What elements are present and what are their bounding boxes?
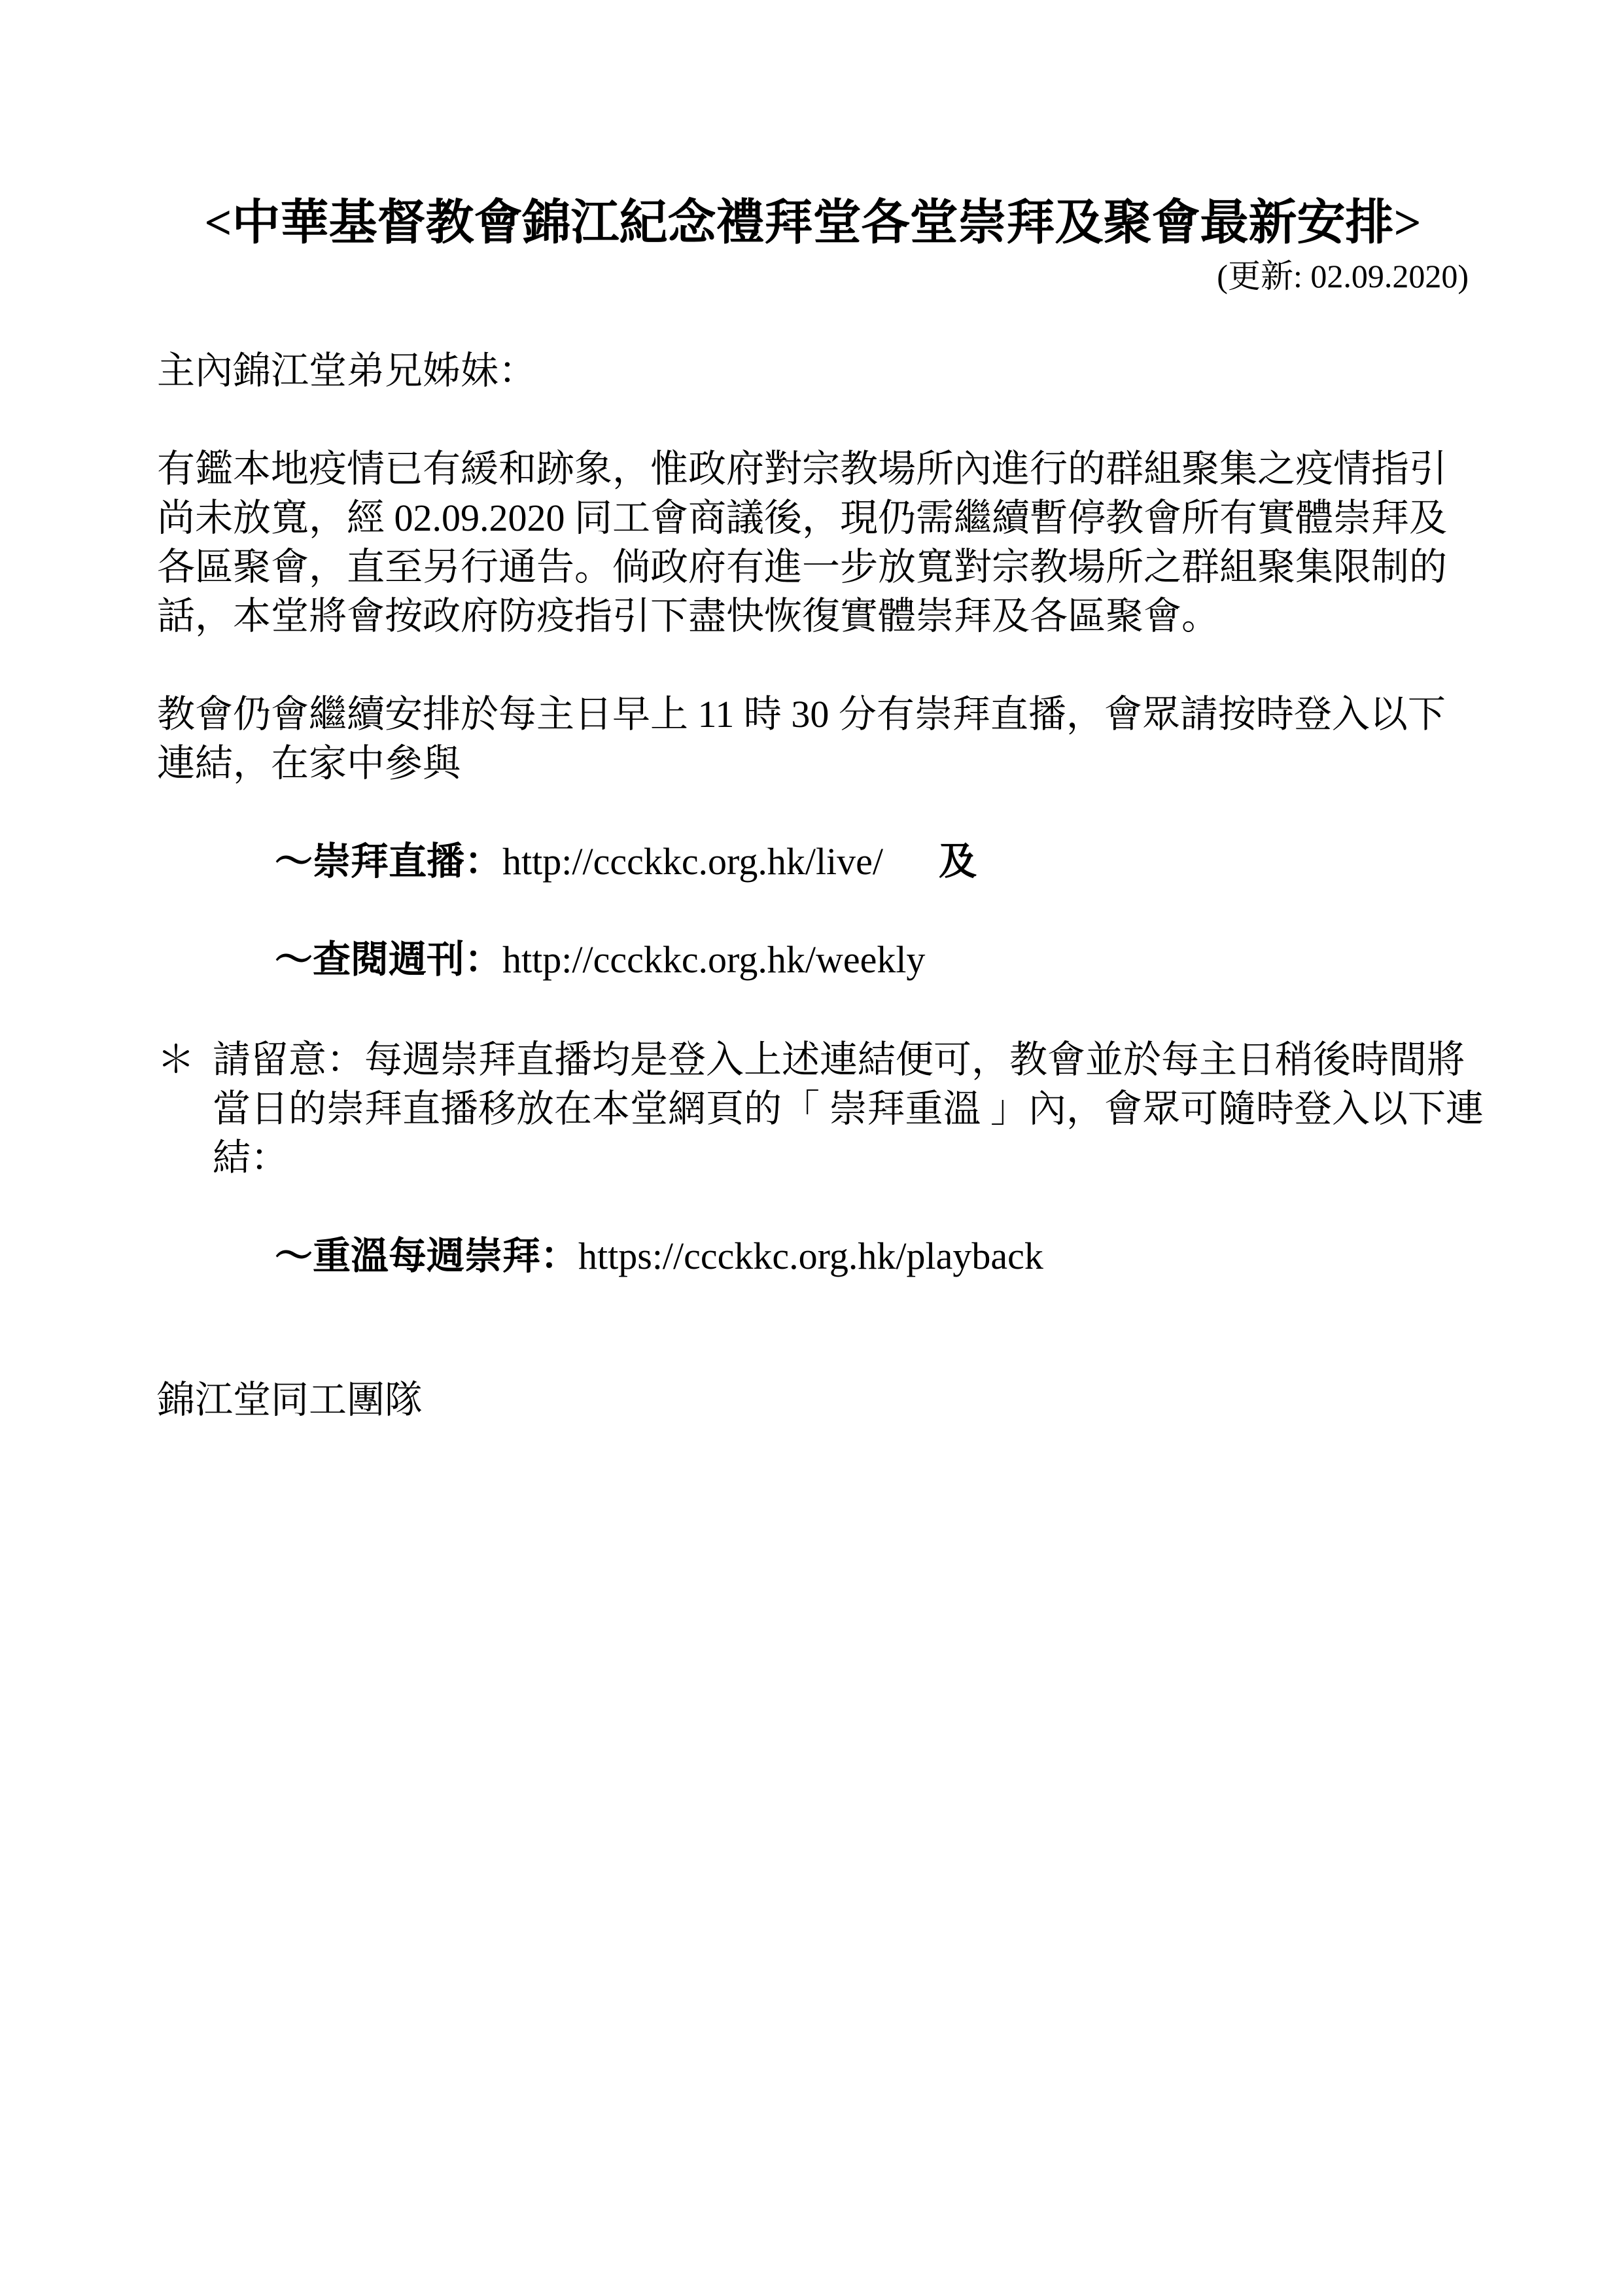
text-line: 尚未放寬，經 02.09.2020 同工會商議後，現仍需繼續暫停教會所有實體崇拜… (157, 493, 1469, 542)
paragraph-suspension: 有鑑本地疫情已有緩和跡象，惟政府對宗教場所內進行的群組聚集之疫情指引 尚未放寬，… (157, 444, 1469, 641)
notice-paragraph: ＊ 請留意：每週崇拜直播均是登入上述連結便可，教會並於每主日稍後時間將 當日的崇… (157, 1035, 1469, 1182)
signature-line: 錦江堂同工團隊 (157, 1375, 1469, 1424)
weekly-link-url: http://ccckkc.org.hk/weekly (502, 938, 925, 981)
live-link-suffix: 及 (939, 840, 977, 883)
text-line: 有鑑本地疫情已有緩和跡象，惟政府對宗教場所內進行的群組聚集之疫情指引 (157, 444, 1469, 493)
greeting-line: 主內錦江堂弟兄姊妹： (157, 346, 1469, 395)
playback-link-url: https://ccckkc.org.hk/playback (578, 1235, 1043, 1277)
playback-link-line: ～重溫每週崇拜：https://ccckkc.org.hk/playback (157, 1231, 1469, 1280)
live-link-label: ～崇拜直播： (275, 840, 502, 883)
live-link-line: ～崇拜直播：http://ccckkc.org.hk/live/及 (157, 837, 1469, 886)
text-line: 當日的崇拜直播移放在本堂網頁的「 崇拜重溫 」內，會眾可隨時登入以下連 (213, 1084, 1484, 1133)
document-page: <中華基督教會錦江紀念禮拜堂各堂崇拜及聚會最新安排> (更新: 02.09.20… (0, 0, 1623, 2296)
text-line: 請留意：每週崇拜直播均是登入上述連結便可，教會並於每主日稍後時間將 (213, 1035, 1484, 1084)
text-line: 教會仍會繼續安排於每主日早上 11 時 30 分有崇拜直播，會眾請按時登入以下 (157, 690, 1469, 739)
text-line: 各區聚會，直至另行通告。倘政府有進一步放寬對宗教場所之群組聚集限制的 (157, 542, 1469, 592)
live-link-url: http://ccckkc.org.hk/live/ (502, 840, 883, 883)
paragraph-livestream: 教會仍會繼續安排於每主日早上 11 時 30 分有崇拜直播，會眾請按時登入以下 … (157, 690, 1469, 788)
text-line: 話，本堂將會按政府防疫指引下盡快恢復實體崇拜及各區聚會。 (157, 592, 1469, 641)
weekly-link-label: ～查閱週刊： (275, 938, 502, 981)
update-date: (更新: 02.09.2020) (157, 256, 1469, 296)
text-line: 結： (213, 1133, 1484, 1182)
weekly-link-line: ～查閱週刊：http://ccckkc.org.hk/weekly (157, 935, 1469, 984)
asterisk-bullet: ＊ (157, 1035, 213, 1084)
text-line: 連結，在家中參與 (157, 739, 1469, 788)
notice-text: 請留意：每週崇拜直播均是登入上述連結便可，教會並於每主日稍後時間將 當日的崇拜直… (213, 1035, 1484, 1182)
document-title: <中華基督教會錦江紀念禮拜堂各堂崇拜及聚會最新安排> (157, 193, 1469, 253)
playback-link-label: ～重溫每週崇拜： (275, 1235, 578, 1277)
